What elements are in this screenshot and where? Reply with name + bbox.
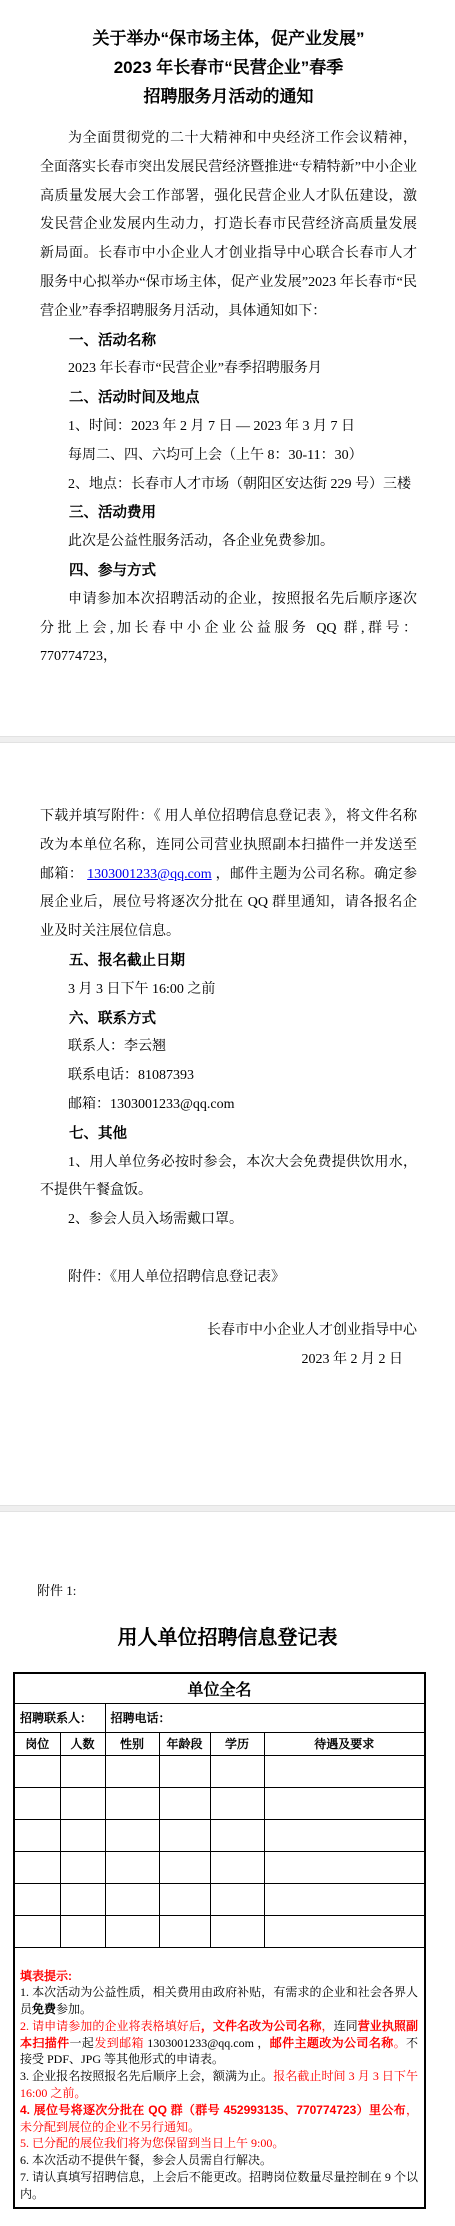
section-5-body: 3 月 3 日下午 16:00 之前	[40, 976, 417, 1005]
company-name-header: 单位全名	[14, 1673, 425, 1703]
notice-title-line-3: 招聘服务月活动的通知	[40, 82, 417, 111]
form-empty-row	[14, 1755, 425, 1787]
section-2-location: 2、地点：长春市人才市场（朝阳区安达街 229 号）三楼	[40, 471, 417, 500]
column-header-position: 岗位	[14, 1732, 60, 1755]
section-2-heading: 二、活动时间及地点	[40, 384, 417, 413]
form-empty-cell	[14, 1787, 60, 1819]
text-run: 5. 已分配的展位我们将为您保留到当日上午 9:00。	[20, 2136, 284, 2150]
text-run: 。	[394, 2036, 406, 2050]
column-header-age: 年龄段	[159, 1732, 210, 1755]
note-line-5: 5. 已分配的展位我们将为您保留到当日上午 9:00。	[20, 2135, 418, 2152]
attachment-reference: 附件：《用人单位招聘信息登记表》	[40, 1264, 417, 1293]
text-run: ，	[322, 2019, 334, 2033]
section-2-time: 1、时间：2023 年 2 月 7 日 — 2023 年 3 月 7 日	[40, 413, 417, 442]
form-empty-cell	[105, 1819, 159, 1851]
form-empty-row	[14, 1883, 425, 1915]
contact-person: 联系人：李云翘	[40, 1033, 417, 1062]
text-run: 1303001233@qq.com ，	[144, 2036, 270, 2050]
text-run: 6. 本次活动不提供午餐，参会人员需自行解决。	[20, 2153, 272, 2167]
text-run: 展位号将逐次分批在 QQ 群（群号 452993135、770774723）里公…	[34, 2103, 406, 2117]
form-empty-cell	[264, 1819, 425, 1851]
section-5-heading: 五、报名截止日期	[40, 947, 417, 976]
section-6-heading: 六、联系方式	[40, 1005, 417, 1034]
form-empty-cell	[264, 1787, 425, 1819]
form-empty-row	[14, 1819, 425, 1851]
form-empty-cell	[264, 1883, 425, 1915]
text-run: 填表提示:	[20, 1969, 72, 1983]
text-run: 一起	[70, 2036, 95, 2050]
page-break-1	[0, 736, 455, 743]
form-empty-cell	[159, 1819, 210, 1851]
text-run: 请申请参加的企业将表格填好后	[32, 2019, 201, 2033]
form-empty-cell	[60, 1883, 105, 1915]
form-empty-cell	[105, 1755, 159, 1787]
section-2-schedule: 每周二、四、六均可上会（上午 8：30-11：30）	[40, 442, 417, 471]
form-empty-cell	[159, 1915, 210, 1947]
column-header-gender: 性别	[105, 1732, 159, 1755]
column-header-requirements: 待遇及要求	[264, 1732, 425, 1755]
form-empty-cell	[60, 1787, 105, 1819]
notice-title-line-2: 2023 年长春市“民营企业”春季	[40, 53, 417, 82]
recruit-phone-label: 招聘电话：	[105, 1703, 425, 1732]
text-run: ，	[201, 2019, 213, 2033]
note-line-2: 2. 请申请参加的企业将表格填好后，文件名改为公司名称，连同营业执照副本扫描件一…	[20, 2018, 418, 2068]
attachment-number-label: 附件 1:	[0, 1582, 455, 1600]
signature-organization: 长春市中小企业人才创业指导中心	[40, 1317, 417, 1346]
notice-page-1: 关于举办“保市场主体，促产业发展” 2023 年长春市“民营企业”春季 招聘服务…	[0, 0, 455, 736]
company-name-row: 单位全名	[14, 1673, 425, 1703]
form-empty-cell	[60, 1819, 105, 1851]
attachment-page: 附件 1: 用人单位招聘信息登记表 单位全名 招聘联系人： 招聘电话： 岗位 人…	[0, 1512, 455, 2226]
section-3-body: 此次是公益性服务活动，各企业免费参加。	[40, 528, 417, 557]
form-empty-cell	[210, 1915, 264, 1947]
section-7-item-2: 2、参会人员入场需戴口罩。	[40, 1206, 417, 1235]
section-1-body: 2023 年长春市“民营企业”春季招聘服务月	[40, 355, 417, 384]
notice-title-line-1: 关于举办“保市场主体，促产业发展”	[40, 24, 417, 53]
intro-paragraph: 为全面贯彻党的二十大精神和中央经济工作会议精神，全面落实长春市突出发展民营经济暨…	[40, 125, 417, 327]
registration-table: 单位全名 招聘联系人： 招聘电话： 岗位 人数 性别 年龄段 学历 待遇及要求	[13, 1672, 426, 2209]
text-run: 邮件主题改为公司名称	[270, 2036, 394, 2050]
form-empty-cell	[159, 1755, 210, 1787]
form-empty-cell	[210, 1851, 264, 1883]
text-run: 4.	[20, 2103, 34, 2117]
form-empty-cell	[105, 1915, 159, 1947]
text-run: 连同	[334, 2019, 358, 2033]
contact-row: 招聘联系人： 招聘电话：	[14, 1703, 425, 1732]
document-viewer: 关于举办“保市场主体，促产业发展” 2023 年长春市“民营企业”春季 招聘服务…	[0, 0, 455, 2226]
form-empty-cell	[264, 1851, 425, 1883]
note-line-7: 7. 请认真填写招聘信息，上会后不能更改。招聘岗位数量尽量控制在 9 个以内。	[20, 2169, 418, 2203]
form-empty-row	[14, 1915, 425, 1947]
text-run: 7. 请认真填写招聘信息，上会后不能更改。招聘岗位数量尽量控制在 9 个以内。	[20, 2170, 418, 2201]
form-empty-cell	[159, 1851, 210, 1883]
text-run: 文件名改为公司名称	[213, 2019, 322, 2033]
text-run: 2.	[20, 2019, 32, 2033]
text-run: 3. 企业报名按照报名先后顺序上会，额满为止。	[20, 2069, 273, 2083]
signature-date: 2023 年 2 月 2 日	[40, 1346, 417, 1375]
column-header-education: 学历	[210, 1732, 264, 1755]
form-empty-cell	[14, 1819, 60, 1851]
text-run: 发到邮箱	[94, 2036, 144, 2050]
page-break-2	[0, 1505, 455, 1512]
download-attachment-paragraph: 下载并填写附件：《 用人单位招聘信息登记表 》，将文件名称改为本单位名称，连同公…	[40, 803, 417, 947]
form-empty-cell	[210, 1883, 264, 1915]
contact-phone: 联系电话：81087393	[40, 1062, 417, 1091]
form-empty-row	[14, 1787, 425, 1819]
notice-page-2: 下载并填写附件：《 用人单位招聘信息登记表 》，将文件名称改为本单位名称，连同公…	[0, 743, 455, 1505]
form-empty-cell	[14, 1851, 60, 1883]
form-title: 用人单位招聘信息登记表	[0, 1624, 455, 1652]
note-line-1: 1. 本次活动为公益性质，相关费用由政府补贴，有需求的企业和社会各界人员免费参加…	[20, 1984, 418, 2018]
notes-heading: 填表提示:	[20, 1968, 418, 1985]
form-empty-cell	[264, 1755, 425, 1787]
text-run: ，	[406, 2103, 418, 2117]
section-1-heading: 一、活动名称	[40, 327, 417, 356]
form-empty-cell	[14, 1915, 60, 1947]
text-run: 免费	[32, 2002, 56, 2016]
recruit-contact-label: 招聘联系人：	[14, 1703, 105, 1732]
form-empty-cell	[159, 1787, 210, 1819]
form-empty-cell	[60, 1851, 105, 1883]
note-line-6: 6. 本次活动不提供午餐，参会人员需自行解决。	[20, 2152, 418, 2169]
form-empty-cell	[60, 1755, 105, 1787]
note-line-3: 3. 企业报名按照报名先后顺序上会，额满为止。报名截止时间 3 月 3 日下午 …	[20, 2068, 418, 2102]
note-line-4: 4. 展位号将逐次分批在 QQ 群（群号 452993135、770774723…	[20, 2102, 418, 2136]
text-run: 参加。	[56, 2002, 92, 2016]
form-empty-cell	[159, 1883, 210, 1915]
section-3-heading: 三、活动费用	[40, 499, 417, 528]
form-empty-cell	[210, 1787, 264, 1819]
form-empty-cell	[14, 1755, 60, 1787]
column-header-row: 岗位 人数 性别 年龄段 学历 待遇及要求	[14, 1732, 425, 1755]
text-run: 未分配到展位的企业不另行通知。	[20, 2120, 200, 2134]
form-notes-cell: 填表提示: 1. 本次活动为公益性质，相关费用由政府补贴，有需求的企业和社会各界…	[14, 1947, 425, 2208]
contact-email: 邮箱：1303001233@qq.com	[40, 1091, 417, 1120]
form-empty-cell	[105, 1883, 159, 1915]
form-empty-cell	[210, 1819, 264, 1851]
form-empty-cell	[14, 1883, 60, 1915]
form-empty-cell	[264, 1915, 425, 1947]
notice-title: 关于举办“保市场主体，促产业发展” 2023 年长春市“民营企业”春季 招聘服务…	[40, 24, 417, 111]
form-notes-row: 填表提示: 1. 本次活动为公益性质，相关费用由政府补贴，有需求的企业和社会各界…	[14, 1947, 425, 2208]
section-7-heading: 七、其他	[40, 1120, 417, 1149]
column-header-headcount: 人数	[60, 1732, 105, 1755]
form-empty-cell	[210, 1755, 264, 1787]
section-7-item-1: 1、用人单位务必按时参会，本次大会免费提供饮用水，不提供午餐盒饭。	[40, 1149, 417, 1207]
form-empty-cell	[105, 1787, 159, 1819]
section-4-body: 申请参加本次招聘活动的企业，按照报名先后顺序逐次分批上会,加长春中小企业公益服务…	[40, 586, 417, 672]
email-link[interactable]: 1303001233@qq.com	[87, 867, 212, 882]
form-empty-cell	[60, 1915, 105, 1947]
form-empty-row	[14, 1851, 425, 1883]
section-4-heading: 四、参与方式	[40, 557, 417, 586]
form-empty-cell	[105, 1851, 159, 1883]
